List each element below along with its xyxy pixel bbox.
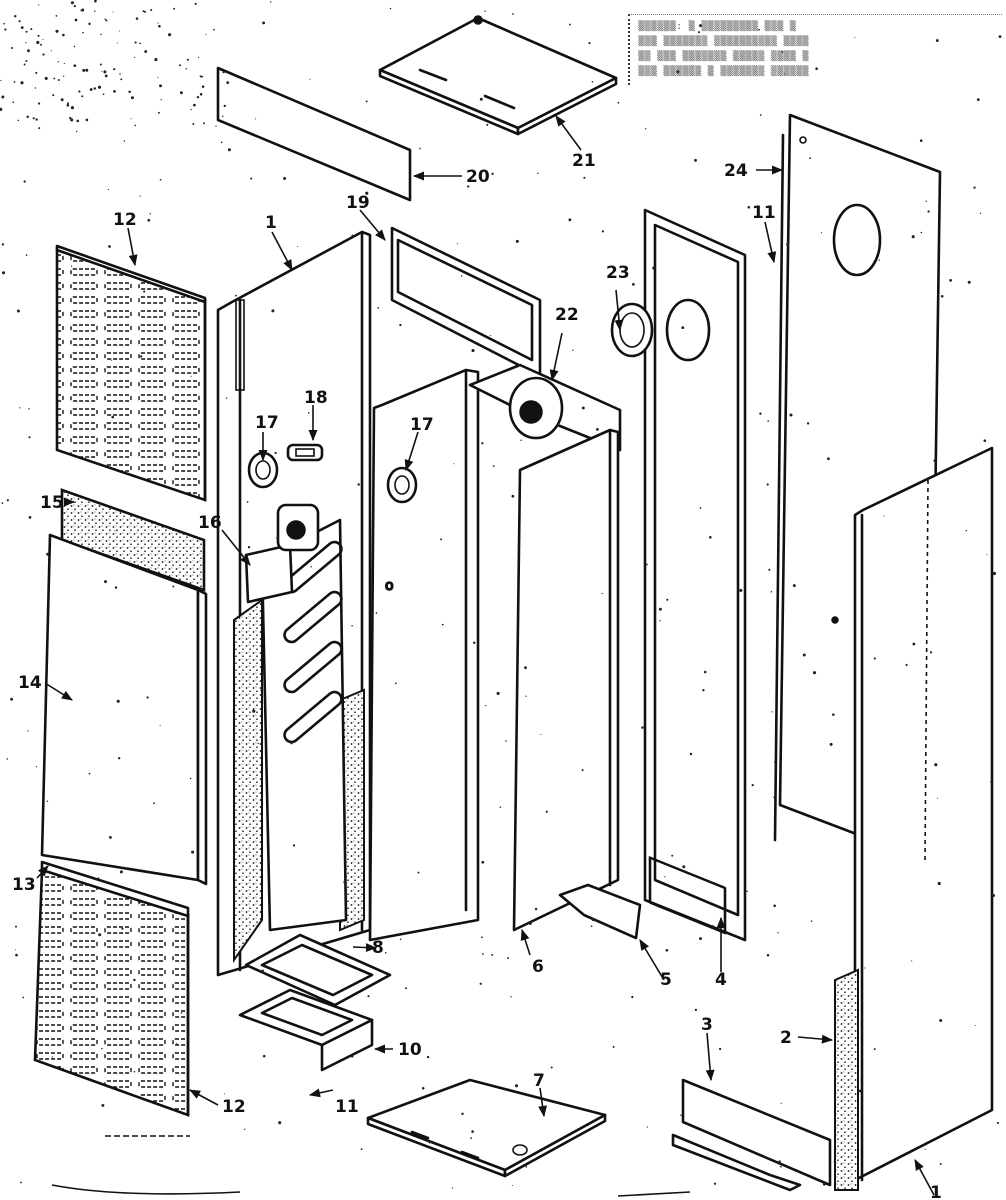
callout-5: 5 <box>660 970 672 990</box>
callout-11-lower: 11 <box>335 1097 359 1117</box>
callout-19: 19 <box>346 193 370 213</box>
callout-10: 10 <box>398 1040 422 1060</box>
callout-1-cabinet: 1 <box>265 213 277 233</box>
part-lower-grille <box>35 862 188 1115</box>
part-top-trim-strip <box>218 68 410 200</box>
callout-21: 21 <box>572 151 596 171</box>
part-rear-gasket <box>612 210 745 940</box>
callout-6: 6 <box>532 957 544 977</box>
diagram-drawing: o <box>0 0 1006 1200</box>
part-front-door <box>42 535 206 884</box>
callout-2: 2 <box>780 1028 792 1048</box>
callout-4: 4 <box>715 970 727 990</box>
callout-13: 13 <box>12 875 36 895</box>
part-filter-frame <box>392 228 540 376</box>
callout-12-upper: 12 <box>113 210 137 230</box>
part-cabinet-body <box>218 232 390 1005</box>
part-inner-panel <box>514 430 640 938</box>
callout-17-left: 17 <box>255 413 279 433</box>
part-bottom-panel <box>368 1080 605 1176</box>
callout-11-upper: 11 <box>752 203 776 223</box>
callout-3: 3 <box>701 1015 713 1035</box>
callout-24: 24 <box>724 161 748 181</box>
part-top-cover <box>380 16 616 134</box>
callout-20: 20 <box>466 167 490 187</box>
callout-8: 8 <box>372 938 384 958</box>
part-base-trim <box>673 1080 830 1190</box>
callout-1-base: 1 <box>930 1183 942 1200</box>
part-upper-grille <box>57 246 205 500</box>
part-side-panel-right <box>832 448 992 1190</box>
svg-text:o: o <box>385 578 394 594</box>
callout-22: 22 <box>555 305 579 325</box>
callout-16: 16 <box>198 513 222 533</box>
callout-7: 7 <box>533 1071 545 1091</box>
part-center-partition: o <box>370 370 478 940</box>
parts-diagram: ▒▒▒▒▒▒: ▒ ▒▒▒▒▒▒▒▒▒ ▒▒▒ ▒ ▒▒▒ ▒▒▒▒▒▒▒ ▒▒… <box>0 0 1006 1200</box>
callout-18: 18 <box>304 388 328 408</box>
callout-14: 14 <box>18 673 42 693</box>
callout-17-center: 17 <box>410 415 434 435</box>
callout-23: 23 <box>606 263 630 283</box>
part-burner-tray <box>240 990 372 1070</box>
callout-12-lower: 12 <box>222 1097 246 1117</box>
callout-15: 15 <box>40 493 64 513</box>
